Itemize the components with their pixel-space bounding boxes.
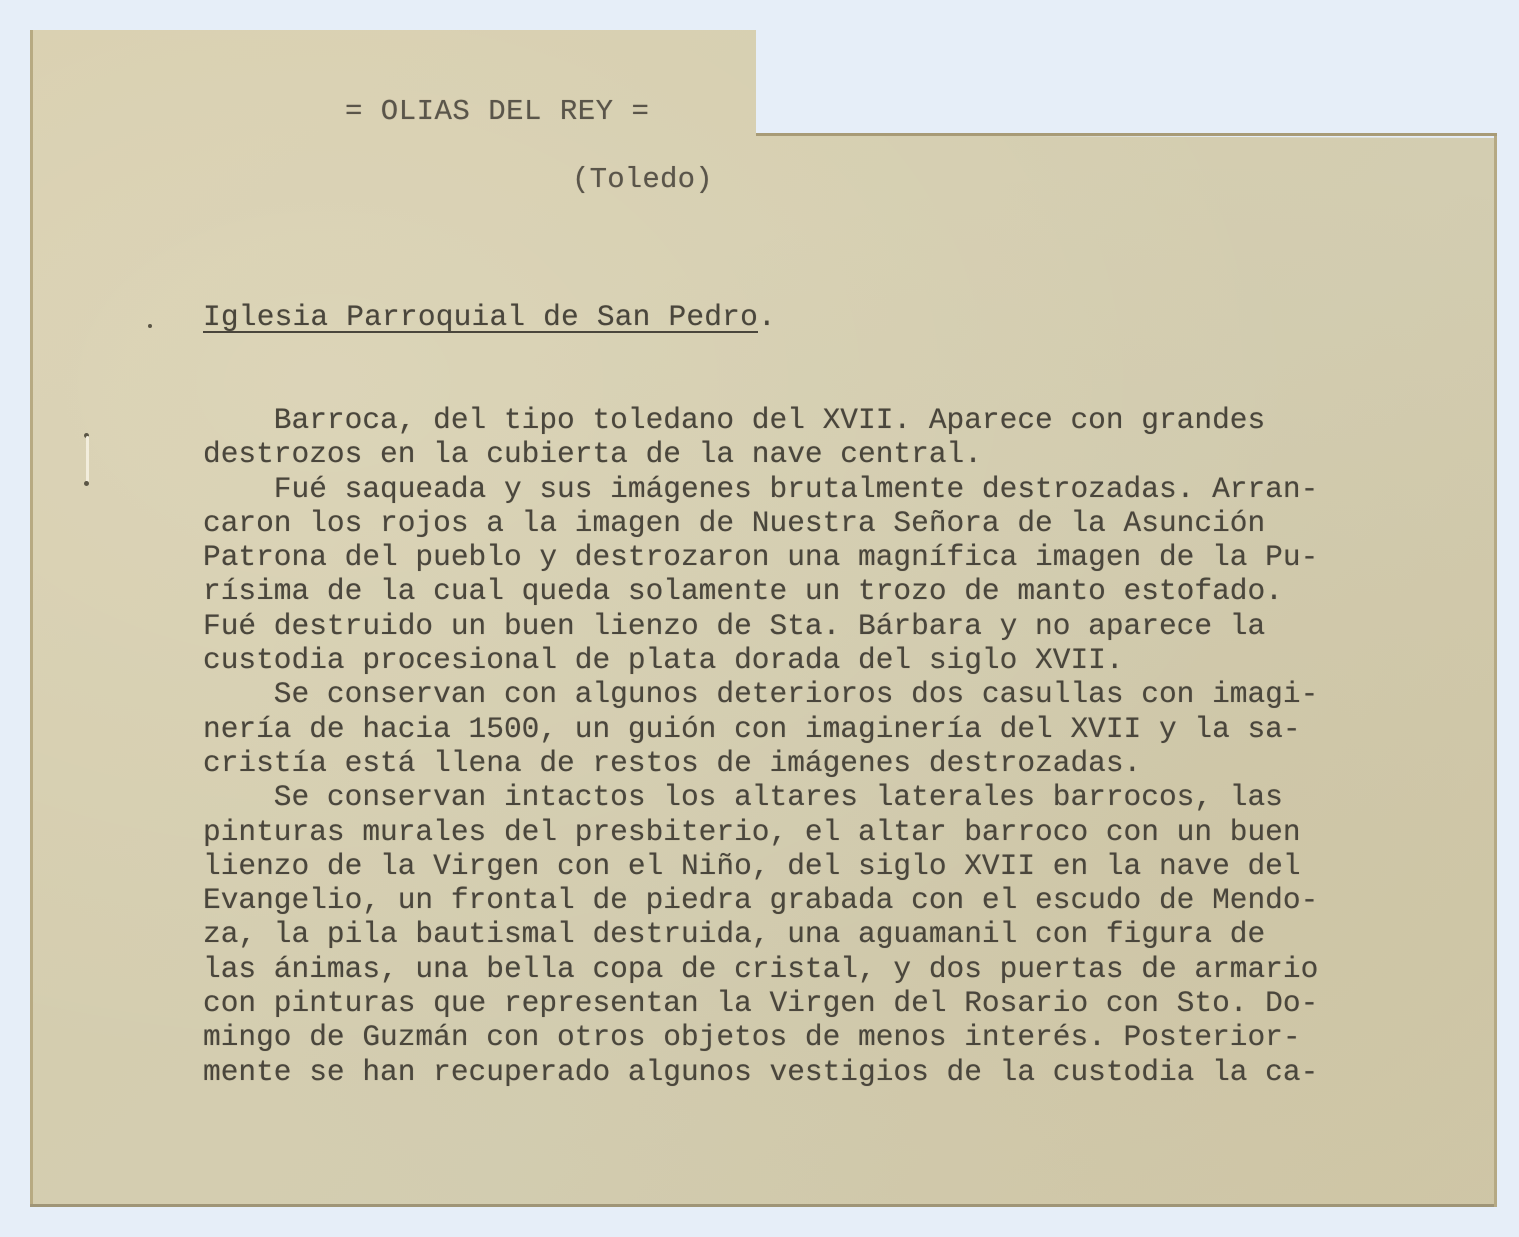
body-line: con pinturas que representan la Virgen d… — [203, 986, 1318, 1020]
body-line: custodia procesional de plata dorada del… — [203, 643, 1318, 677]
body-line: nería de hacia 1500, un guión con imagin… — [203, 712, 1318, 746]
body-line: rísima de la cual queda solamente un tro… — [203, 574, 1318, 608]
section-heading: Iglesia Parroquial de San Pedro. — [203, 300, 776, 334]
document-body: Barroca, del tipo toledano del XVII. Apa… — [203, 403, 1318, 1089]
body-line: Se conservan intactos los altares latera… — [203, 780, 1318, 814]
body-line: mingo de Guzmán con otros objetos de men… — [203, 1020, 1318, 1054]
body-line: Patrona del pueblo y destrozaron una mag… — [203, 540, 1318, 574]
body-line: las ánimas, una bella copa de cristal, y… — [203, 952, 1318, 986]
document-title: = OLIAS DEL REY = — [345, 95, 649, 128]
document-subtitle: (Toledo) — [572, 163, 713, 196]
page-edge-right — [1494, 136, 1497, 1207]
section-heading-text: Iglesia Parroquial de San Pedro — [203, 300, 758, 334]
body-line: lienzo de la Virgen con el Niño, del sig… — [203, 849, 1318, 883]
body-line: Evangelio, un frontal de piedra grabada … — [203, 883, 1318, 917]
body-line: za, la pila bautismal destruida, una agu… — [203, 917, 1318, 951]
page-edge-notch — [756, 133, 1497, 136]
body-line: pinturas murales del presbiterio, el alt… — [203, 815, 1318, 849]
body-line: Fué saqueada y sus imágenes brutalmente … — [203, 472, 1318, 506]
body-line: mente se han recuperado algunos vestigio… — [203, 1055, 1318, 1089]
body-line: caron los rojos a la imagen de Nuestra S… — [203, 506, 1318, 540]
staple-hole-icon — [84, 481, 89, 486]
staple-mark-icon — [86, 436, 89, 482]
section-heading-period: . — [758, 300, 776, 334]
body-line: Barroca, del tipo toledano del XVII. Apa… — [203, 403, 1318, 437]
body-line: destrozos en la cubierta de la nave cent… — [203, 437, 1318, 471]
body-line: Fué destruido un buen lienzo de Sta. Bár… — [203, 609, 1318, 643]
body-line: Se conservan con algunos deterioros dos … — [203, 677, 1318, 711]
page-edge-left — [30, 30, 33, 1207]
body-line: cristía está llena de restos de imágenes… — [203, 746, 1318, 780]
page-edge-bottom — [30, 1204, 1497, 1207]
paper-speck-icon — [148, 324, 152, 328]
